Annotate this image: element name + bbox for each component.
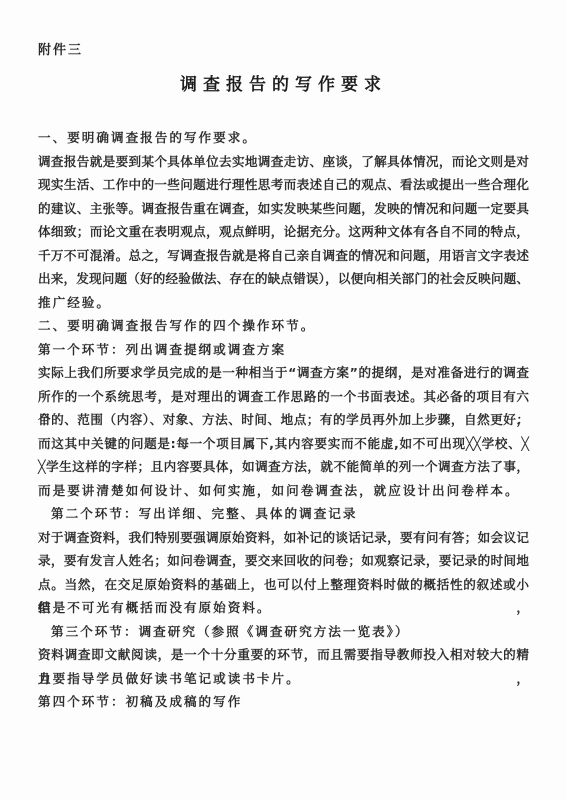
section-2-heading: 二、要明确调查报告写作的四个操作环节。 (38, 314, 529, 338)
text-line: 所作的一个系统思考，是对理出的调查工作思路的一个书面表述。其必备的项目有六个： (38, 385, 529, 409)
text-line: 点。当然，在交足原始资料的基础上，也可以付上整理资料时做的概括性的叙述或小结， (38, 573, 529, 597)
step-1-heading: 第一个环节：列出调查提纲或调查方案 (38, 338, 529, 362)
text-line: 推广经验。 (38, 291, 529, 315)
text-line: 出来，发现问题（好的经验做法、存在的缺点错误），以便向相关部门的社会反映问题、 (38, 267, 529, 291)
text-line: ╳学生这样的字样；且内容要具体，如调查方法，就不能简单的列一个调查方法了事， (38, 455, 529, 479)
step-3-heading: 第三个环节：调查研究（参照《调查研究方法一览表》） (38, 620, 529, 644)
text-line: 现实生活、工作中的一些问题进行理性思考而表述自己的观点、看法或提出一些合理化 (38, 173, 529, 197)
section-1-heading: 一、要明确调查报告的写作要求。 (38, 126, 529, 150)
step-4-heading: 第四个环节：初稿及成稿的写作 (38, 690, 529, 714)
text-line: 体细致；而论文重在表明观点，观点鲜明，论据充分。这两种文体有各自不同的特点， (38, 220, 529, 244)
document-page: 附件三 调查报告的写作要求 一、要明确调查报告的写作要求。 调查报告就是要到某个… (0, 0, 566, 800)
text-line: 对于调查资料，我们特别要强调原始资料，如补记的谈话记录，要有问有答；如会议记 (38, 526, 529, 550)
attachment-label: 附件三 (38, 42, 529, 60)
text-line: 的建议、主张等。调查报告重在调查，如实发映某些问题，发映的情况和问题一定要具 (38, 197, 529, 221)
text-line: 千万不可混淆。总之，写调查报告就是将自己亲自调查的情况和问题，用语言文字表述 (38, 244, 529, 268)
document-body: 一、要明确调查报告的写作要求。 调查报告就是要到某个具体单位去实地调查走访、座谈… (38, 126, 529, 714)
text-line: 录，要有发言人姓名；如问卷调查，要交来回收的问卷；如观察记录，要记录的时间地 (38, 549, 529, 573)
text-line: 调查报告就是要到某个具体单位去实地调查走访、座谈，了解具体情况，而论文则是对 (38, 150, 529, 174)
text-line: 资料调查即文献阅读，是一个十分重要的环节，而且需要指导教师投入相对较大的精力， (38, 643, 529, 667)
text-line: 目的、范围（内容）、对象、方法、时间、地点；有的学员再外加上步骤，自然更好， (38, 408, 529, 432)
text-line: 实际上我们所要求学员完成的是一种相当于“调查方案”的提纲，是对准备进行的调查 (38, 361, 529, 385)
step-2-heading: 第二个环节：写出详细、完整、具体的调查记录 (38, 502, 529, 526)
page-title: 调查报告的写作要求 (38, 73, 529, 97)
text-line: 而这其中关键的问题是:每一个项目属下,其内容要实而不能虚,如不可出现╳╳学校、╳ (38, 432, 529, 456)
text-line: 而是要讲清楚如何设计、如何实施，如问卷调查法，就应设计出问卷样本。 (38, 479, 529, 503)
